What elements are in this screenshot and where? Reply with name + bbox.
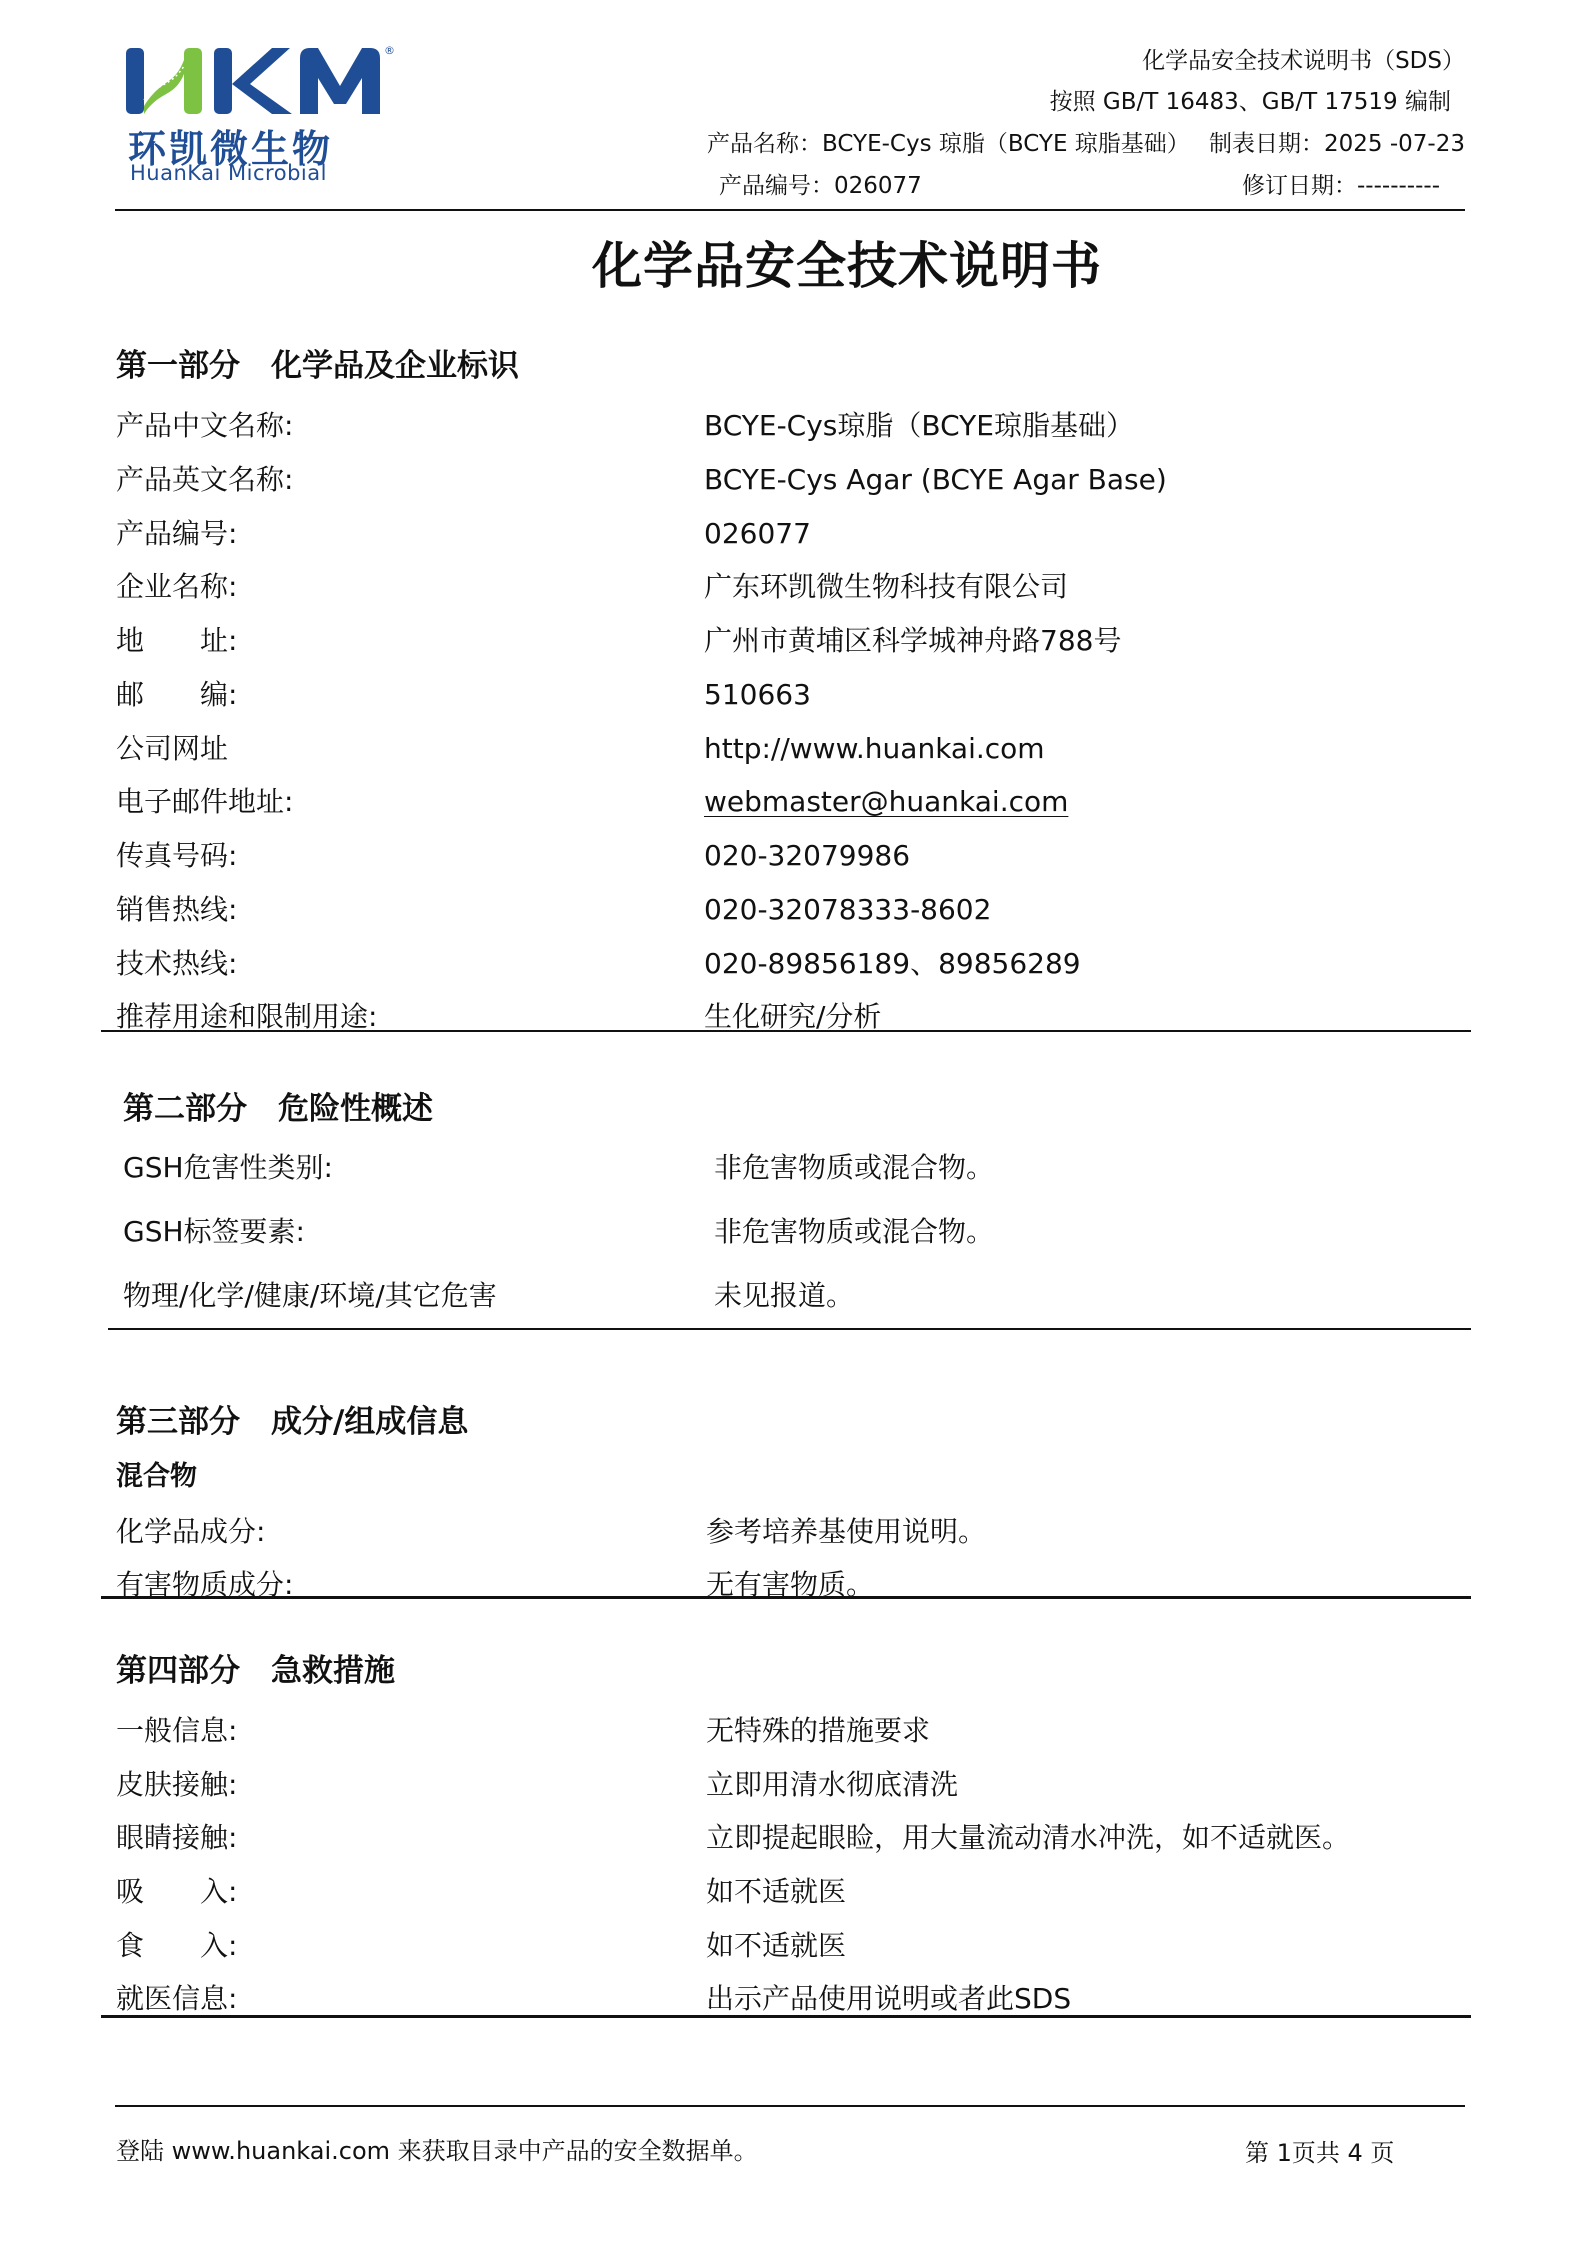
row-value: 020-32078333-8602: [704, 896, 991, 924]
row-value: 生化研究/分析: [704, 1003, 881, 1031]
header-created-date: 制表日期：2025 -07-23: [1209, 133, 1465, 156]
row-value: 非危害物质或混合物。: [714, 1218, 994, 1246]
row-value: 020-32079986: [704, 842, 910, 870]
row-value: 无有害物质。: [706, 1571, 874, 1599]
row-value: 026077: [704, 520, 811, 548]
row-value: 立即用清水彻底清洗: [706, 1771, 958, 1799]
row-label: 物理/化学/健康/环境/其它危害: [123, 1282, 497, 1310]
row-value: 如不适就医: [706, 1932, 846, 1960]
section-divider: [101, 1030, 1471, 1032]
company-website-link[interactable]: http://www.huankai.com: [704, 735, 1045, 763]
logo-english-name: HuanKai Microbial: [130, 161, 327, 185]
row-value: 020-89856189、89856289: [704, 950, 1081, 978]
row-label: 产品编号:: [116, 520, 237, 548]
row-label: GSH危害性类别:: [123, 1154, 333, 1182]
row-value: 广州市黄埔区科学城神舟路788号: [704, 627, 1121, 655]
row-label: 吸 入:: [116, 1878, 237, 1906]
header-revised-date: 修订日期：----------: [1242, 175, 1440, 198]
header-divider: [115, 209, 1465, 211]
footer-divider: [115, 2105, 1465, 2107]
row-label: 公司网址: [116, 735, 228, 763]
row-label: 企业名称:: [116, 573, 237, 601]
row-label: 皮肤接触:: [116, 1771, 237, 1799]
row-label: 传真号码:: [116, 842, 237, 870]
row-label: 推荐用途和限制用途:: [116, 1003, 377, 1031]
row-label: 邮 编:: [116, 681, 237, 709]
section-divider: [101, 2015, 1471, 2018]
section-heading-first-aid: 第四部分 急救措施: [116, 1656, 395, 1687]
section-divider: [108, 1328, 1471, 1330]
header-product-code: 产品编号：026077: [719, 175, 922, 198]
row-value: BCYE-Cys琼脂（BCYE琼脂基础）: [704, 412, 1134, 440]
row-label: 销售热线:: [116, 896, 237, 924]
row-label: 产品中文名称:: [116, 412, 293, 440]
row-label: 化学品成分:: [116, 1518, 265, 1546]
row-value: 广东环凯微生物科技有限公司: [704, 573, 1068, 601]
row-value: BCYE-Cys Agar (BCYE Agar Base): [704, 466, 1167, 494]
row-label: 技术热线:: [116, 950, 237, 978]
row-value: 参考培养基使用说明。: [706, 1518, 986, 1546]
document-title: 化学品安全技术说明书: [0, 226, 1587, 298]
row-value: 510663: [704, 681, 811, 709]
header-product-name: 产品名称：BCYE-Cys 琼脂（BCYE 琼脂基础）: [707, 133, 1190, 156]
section-heading-hazards: 第二部分 危险性概述: [123, 1094, 433, 1125]
page-number: 第 1页共 4 页: [1245, 2133, 1394, 2168]
row-label: 产品英文名称:: [116, 466, 293, 494]
row-label: 食 入:: [116, 1932, 237, 1960]
row-label: 电子邮件地址:: [116, 788, 293, 816]
row-label: 眼睛接触:: [116, 1824, 237, 1852]
header-doc-type: 化学品安全技术说明书（SDS）: [1142, 50, 1465, 73]
row-value: 如不适就医: [706, 1878, 846, 1906]
row-label: 有害物质成分:: [116, 1571, 293, 1599]
row-label: 地 址:: [116, 627, 237, 655]
row-value: 非危害物质或混合物。: [714, 1154, 994, 1182]
row-value: 未见报道。: [714, 1282, 854, 1310]
svg-text:®: ®: [384, 44, 395, 57]
email-link[interactable]: webmaster@huankai.com: [704, 788, 1068, 816]
section-divider: [101, 1596, 1471, 1599]
row-label: GSH标签要素:: [123, 1218, 305, 1246]
section-heading-composition: 第三部分 成分/组成信息: [116, 1407, 468, 1438]
row-value: 无特殊的措施要求: [706, 1717, 930, 1745]
company-logo: ® 环凯微生物 HuanKai Microbial: [122, 40, 402, 190]
footer-note: 登陆 www.huankai.com 来获取目录中产品的安全数据单。: [116, 2131, 758, 2166]
section-heading-identification: 第一部分 化学品及企业标识: [116, 351, 519, 382]
subheading-mixture: 混合物: [116, 1463, 197, 1490]
row-value: 出示产品使用说明或者此SDS: [706, 1985, 1071, 2013]
row-label: 就医信息:: [116, 1985, 237, 2013]
row-value: 立即提起眼睑，用大量流动清水冲洗，如不适就医。: [706, 1824, 1350, 1852]
header-standard: 按照 GB/T 16483、GB/T 17519 编制: [1050, 91, 1451, 114]
hkm-logo-mark-icon: ®: [122, 40, 402, 120]
row-label: 一般信息:: [116, 1717, 237, 1745]
